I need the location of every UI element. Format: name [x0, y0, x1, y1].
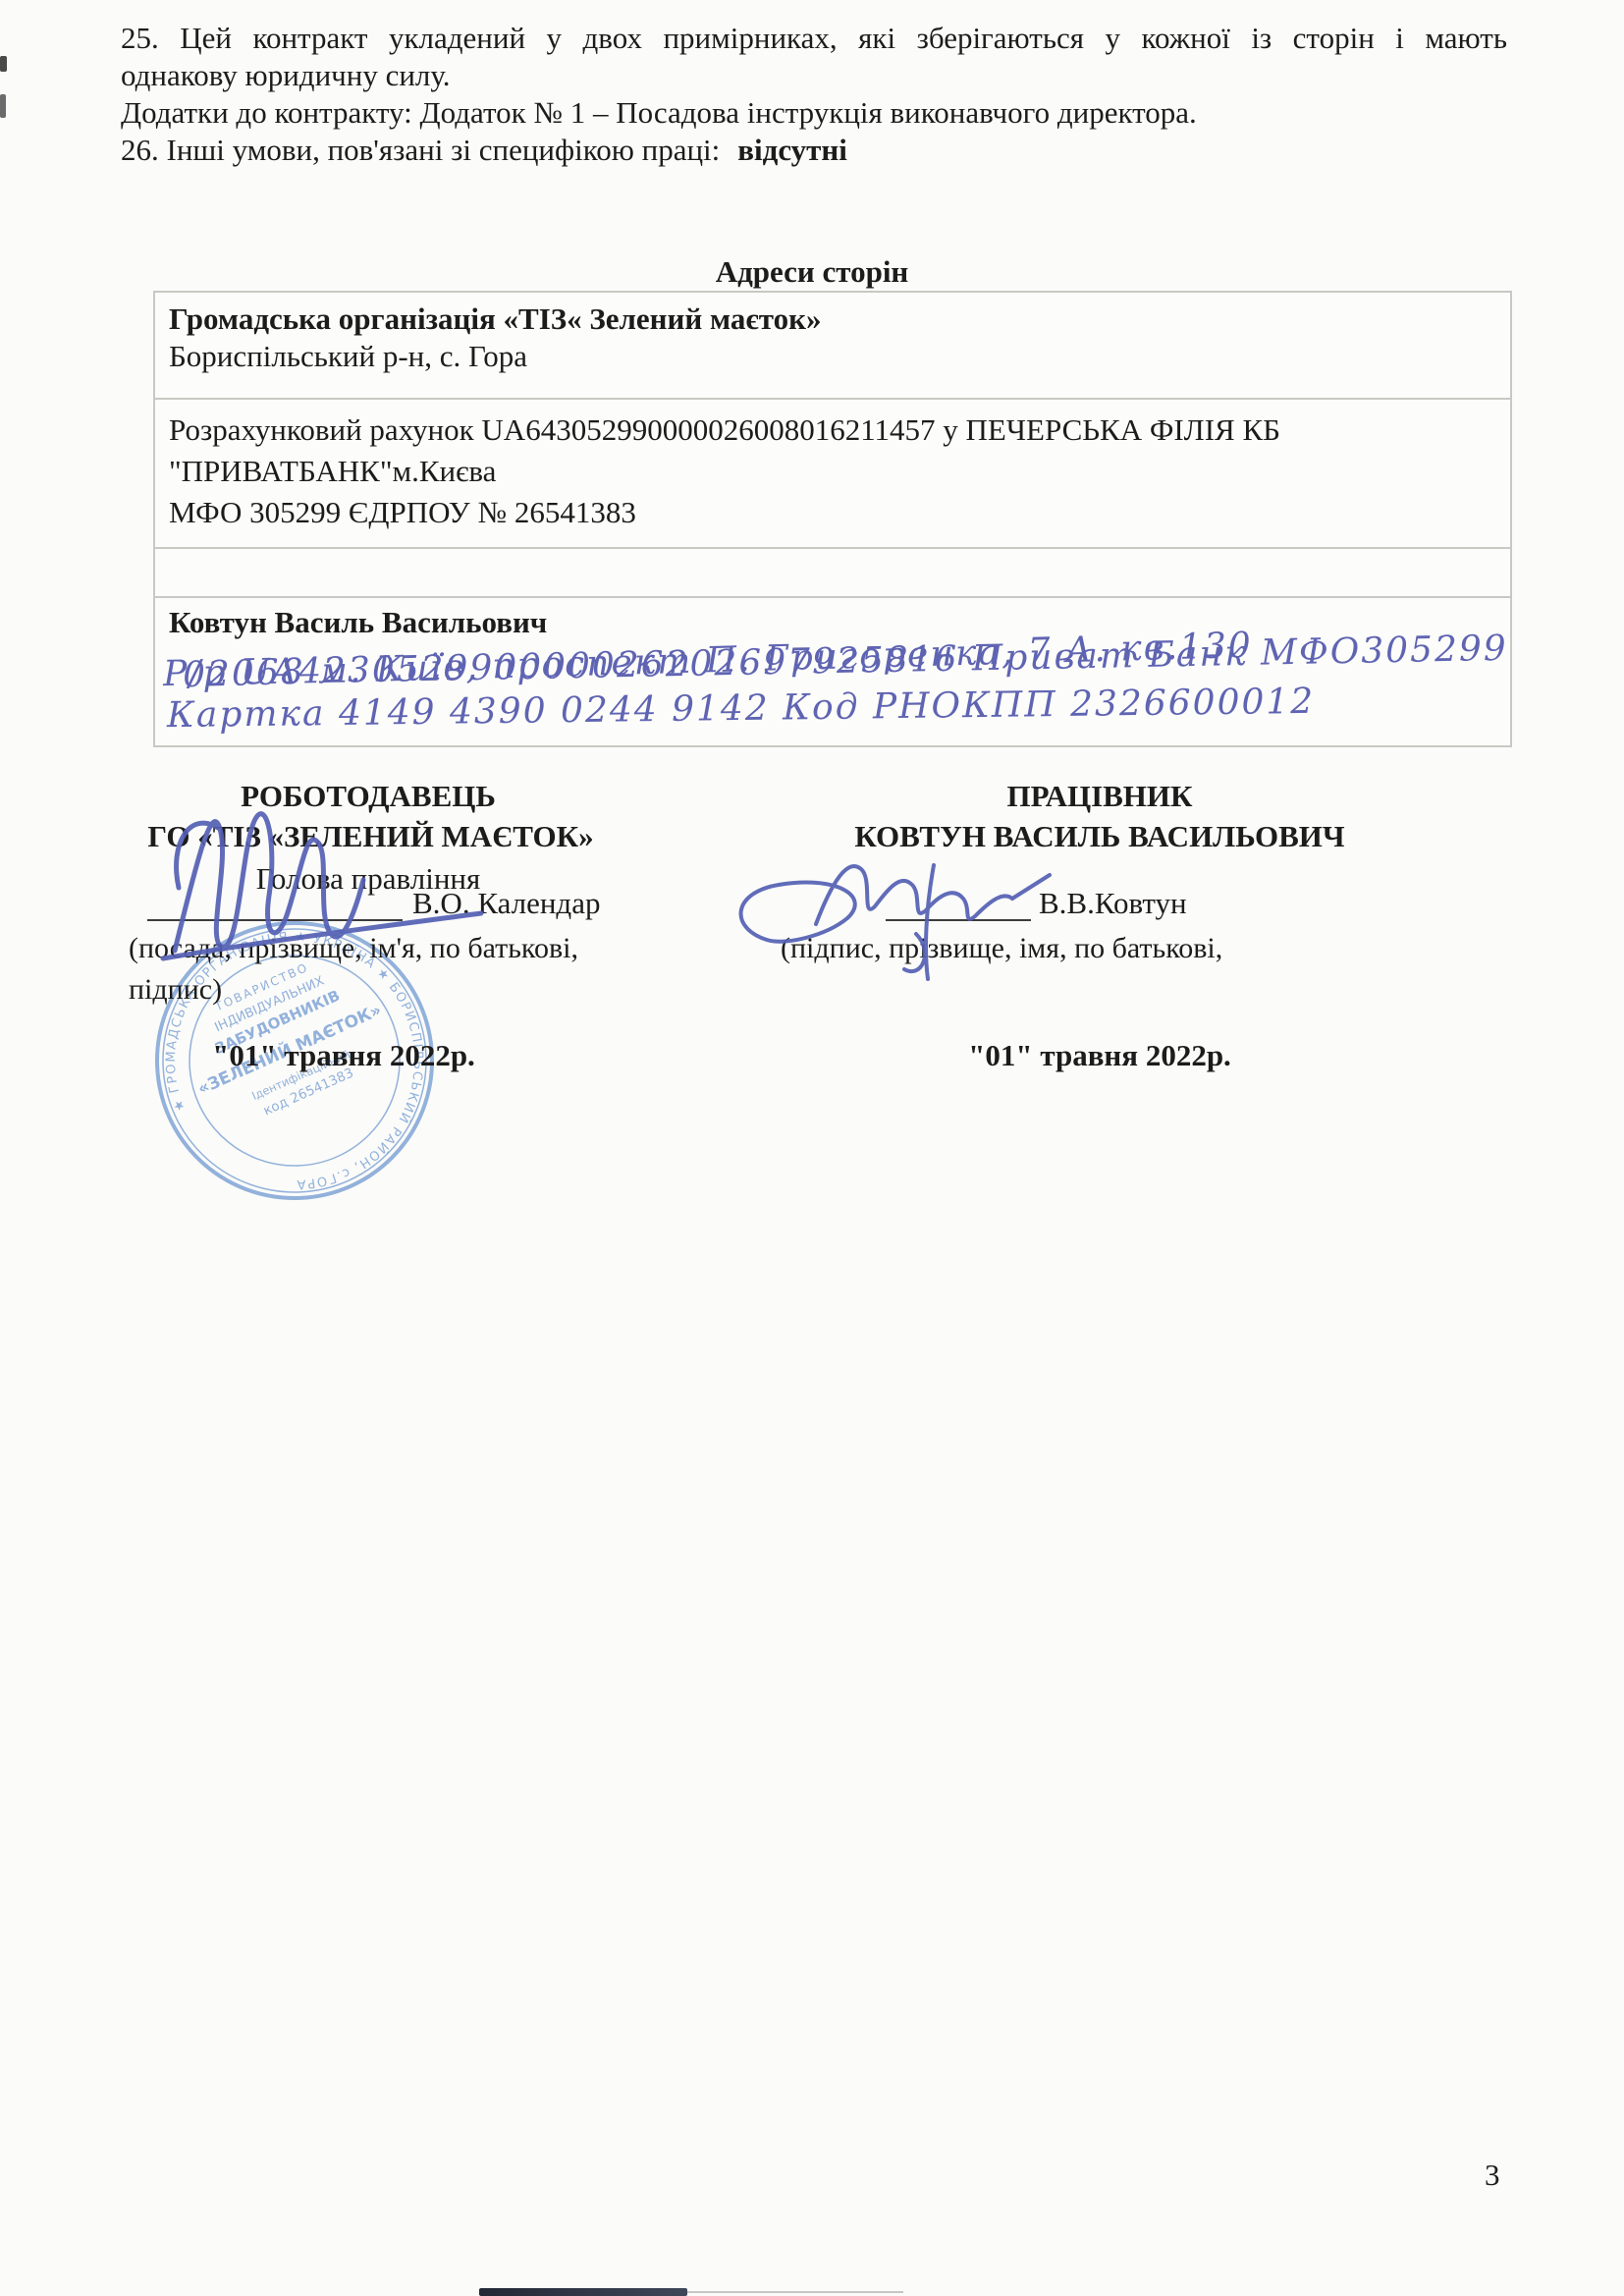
scan-artifact-bar	[479, 2288, 687, 2296]
employer-org-name: Громадська організація «ТІЗ« Зелений має…	[169, 301, 1496, 338]
attachments-line: Додатки до контракту: Додаток № 1 – Поса…	[121, 94, 1507, 132]
clause-26-label: 26. Інші умови, пов'язані зі специфікою …	[121, 133, 720, 167]
clause-25-line1: 25. Цей контракт укладений у двох примір…	[121, 20, 1507, 57]
document-page: 25. Цей контракт укладений у двох примір…	[0, 0, 1624, 2296]
scan-artifact-speck	[0, 94, 6, 118]
contract-clauses: 25. Цей контракт укладений у двох примір…	[121, 20, 1507, 169]
employer-bank-row: Розрахунковий рахунок UA6430529900000260…	[155, 400, 1510, 549]
clause-26-value: відсутні	[737, 133, 847, 167]
clause-25-line2: однакову юридичну силу.	[121, 57, 1507, 94]
bank-account-line2: "ПРИВАТБАНК"м.Києва	[169, 451, 1496, 492]
empty-row	[155, 549, 1510, 598]
page-number: 3	[1485, 2157, 1500, 2194]
bank-codes-line: МФО 305299 ЄДРПОУ № 26541383	[169, 492, 1496, 533]
bank-account-line1: Розрахунковий рахунок UA6430529900000260…	[169, 410, 1496, 451]
employee-date: "01" травня 2022р.	[854, 1037, 1345, 1074]
employee-role-title: ПРАЦІВНИК	[785, 778, 1414, 815]
scan-artifact-smear	[687, 2291, 903, 2293]
clause-26-line: 26. Інші умови, пов'язані зі специфікою …	[121, 132, 1507, 169]
employer-date: "01" травня 2022р.	[147, 1037, 540, 1074]
scan-artifact-speck	[0, 56, 7, 72]
addresses-heading: Адреси сторін	[0, 253, 1624, 291]
employer-address-row: Громадська організація «ТІЗ« Зелений має…	[155, 293, 1510, 400]
employer-signature-ink	[147, 786, 638, 982]
employee-address-row: Ковтун Василь Васильович02068 м. Київ, п…	[155, 598, 1510, 745]
employer-location: Бориспільський р-н, с. Гора	[169, 338, 1496, 375]
employee-name: Ковтун Василь Васильович	[169, 605, 547, 639]
employee-signature-ink	[722, 830, 1075, 997]
addresses-table: Громадська організація «ТІЗ« Зелений має…	[153, 291, 1512, 747]
